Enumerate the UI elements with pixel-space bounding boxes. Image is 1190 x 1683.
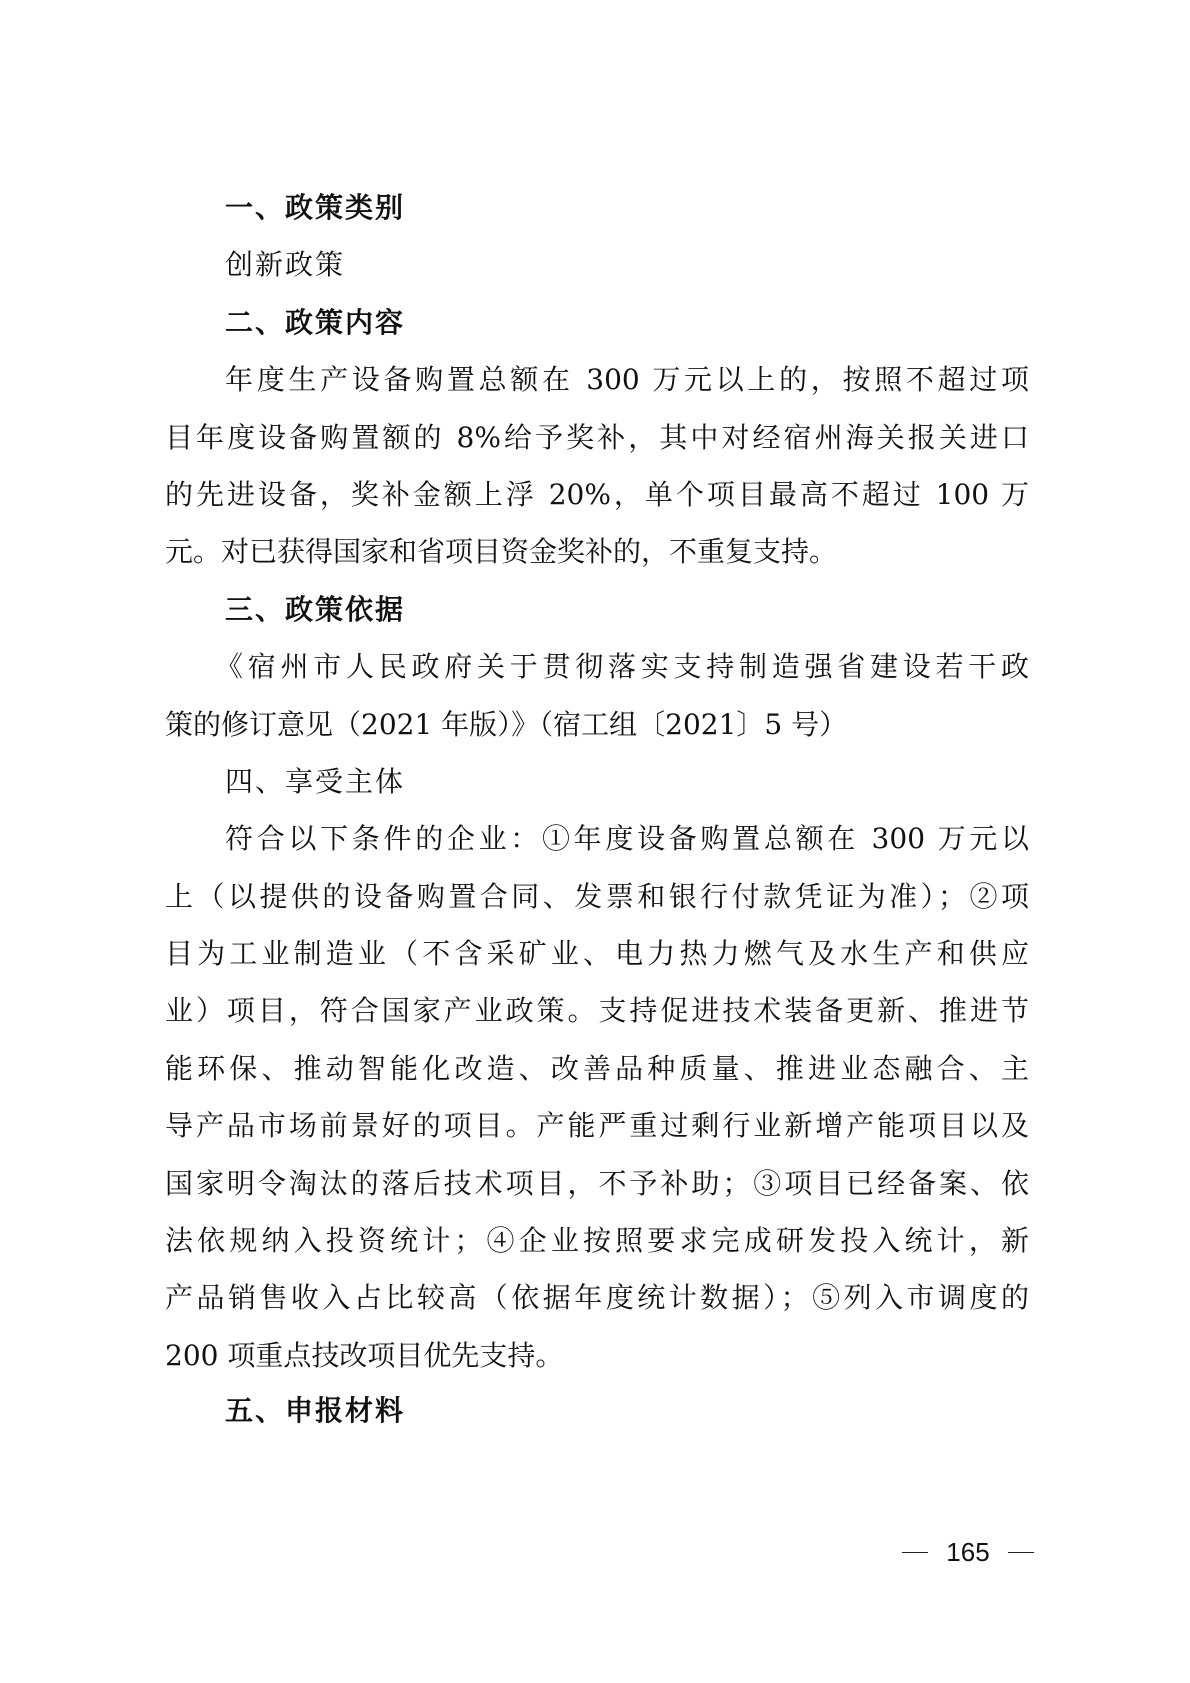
eligible-entities-line: 产品销售收入占比较高（依据年度统计数据）；⑤列入市调度的 bbox=[165, 1269, 1029, 1326]
eligible-entities-line: 200 项重点技改项目优先支持。 bbox=[165, 1327, 1029, 1384]
eligible-entities-line: 能环保、推动智能化改造、改善品种质量、推进业态融合、主 bbox=[165, 1040, 1029, 1097]
eligible-entities-line: 法依规纳入投资统计；④企业按照要求完成研发投入统计，新 bbox=[165, 1212, 1029, 1269]
policy-content-line: 的先进设备，奖补金额上浮 20%，单个项目最高不超过 100 万 bbox=[165, 466, 1029, 523]
section-heading-policy-content: 二、政策内容 bbox=[165, 294, 1029, 351]
dash-left-decoration bbox=[902, 1552, 928, 1553]
eligible-entities-line: 业）项目，符合国家产业政策。支持促进技术装备更新、推进节 bbox=[165, 982, 1029, 1039]
section-heading-policy-basis: 三、政策依据 bbox=[165, 581, 1029, 638]
eligible-entities-line: 导产品市场前景好的项目。产能严重过剩行业新增产能项目以及 bbox=[165, 1097, 1029, 1154]
policy-content-line: 年度生产设备购置总额在 300 万元以上的，按照不超过项 bbox=[165, 351, 1029, 408]
eligible-entities-line: 符合以下条件的企业：①年度设备购置总额在 300 万元以 bbox=[165, 810, 1029, 867]
document-page: 一、政策类别 创新政策 二、政策内容 年度生产设备购置总额在 300 万元以上的… bbox=[0, 0, 1190, 1683]
policy-basis-line: 《宿州市人民政府关于贯彻落实支持制造强省建设若干政 bbox=[165, 638, 1029, 695]
eligible-entities-line: 上（以提供的设备购置合同、发票和银行付款凭证为准）；②项 bbox=[165, 868, 1029, 925]
policy-category-value: 创新政策 bbox=[165, 236, 1029, 293]
section-heading-application-materials: 五、申报材料 bbox=[165, 1382, 1029, 1439]
eligible-entities-line: 目为工业制造业（不含采矿业、电力热力燃气及水生产和供应 bbox=[165, 925, 1029, 982]
policy-content-line: 元。对已获得国家和省项目资金奖补的，不重复支持。 bbox=[165, 523, 1029, 580]
page-footer: 165 bbox=[902, 1534, 1034, 1570]
policy-content-line: 目年度设备购置额的 8%给予奖补，其中对经宿州海关报关进口 bbox=[165, 409, 1029, 466]
dash-right-decoration bbox=[1008, 1552, 1034, 1553]
page-number: 165 bbox=[946, 1537, 989, 1568]
section-heading-policy-category: 一、政策类别 bbox=[165, 179, 1029, 236]
eligible-entities-line: 国家明令淘汰的落后技术项目，不予补助；③项目已经备案、依 bbox=[165, 1155, 1029, 1212]
section-heading-eligible-entities: 四、享受主体 bbox=[165, 753, 1029, 810]
document-body: 一、政策类别 创新政策 二、政策内容 年度生产设备购置总额在 300 万元以上的… bbox=[165, 179, 1029, 1440]
policy-basis-line: 策的修订意见（2021 年版）》（宿工组〔2021〕5 号） bbox=[165, 696, 1029, 753]
